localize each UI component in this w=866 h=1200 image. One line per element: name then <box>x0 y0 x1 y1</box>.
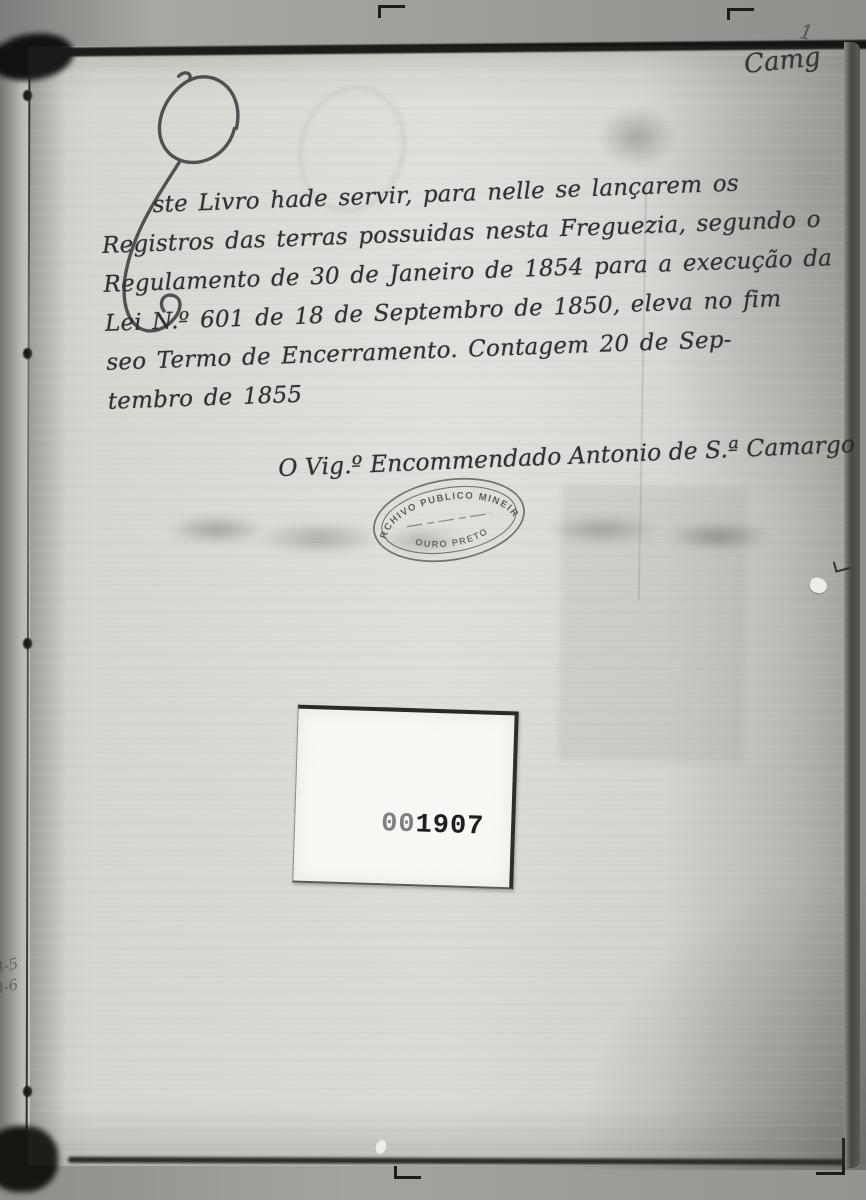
catalog-number-main: 1907 <box>415 810 485 842</box>
catalog-number: 001907 <box>381 809 485 842</box>
stitch-hole <box>23 90 32 101</box>
page-edge-shadow <box>844 42 860 1168</box>
stamp-bottom-text: OURO PRETO <box>413 525 491 554</box>
catalog-label: 001907 <box>292 705 518 890</box>
stitch-hole <box>23 348 32 359</box>
paper-stain <box>598 106 676 168</box>
registration-mark <box>394 1166 421 1179</box>
stitch-hole <box>23 638 32 649</box>
catalog-number-prefix: 00 <box>381 809 416 840</box>
registration-mark <box>727 8 754 20</box>
manuscript-text: ste Livro hade servir, para nelle se lan… <box>100 161 853 422</box>
scanned-manuscript-page: 1 Camg E ste Livro hade servir, para nel… <box>0 0 866 1200</box>
stitch-hole <box>23 1086 32 1097</box>
svg-text:OURO PRETO: OURO PRETO <box>413 525 491 554</box>
registration-mark <box>378 5 405 18</box>
binding-blob-bottom <box>0 1126 58 1192</box>
registration-mark <box>816 1138 845 1175</box>
